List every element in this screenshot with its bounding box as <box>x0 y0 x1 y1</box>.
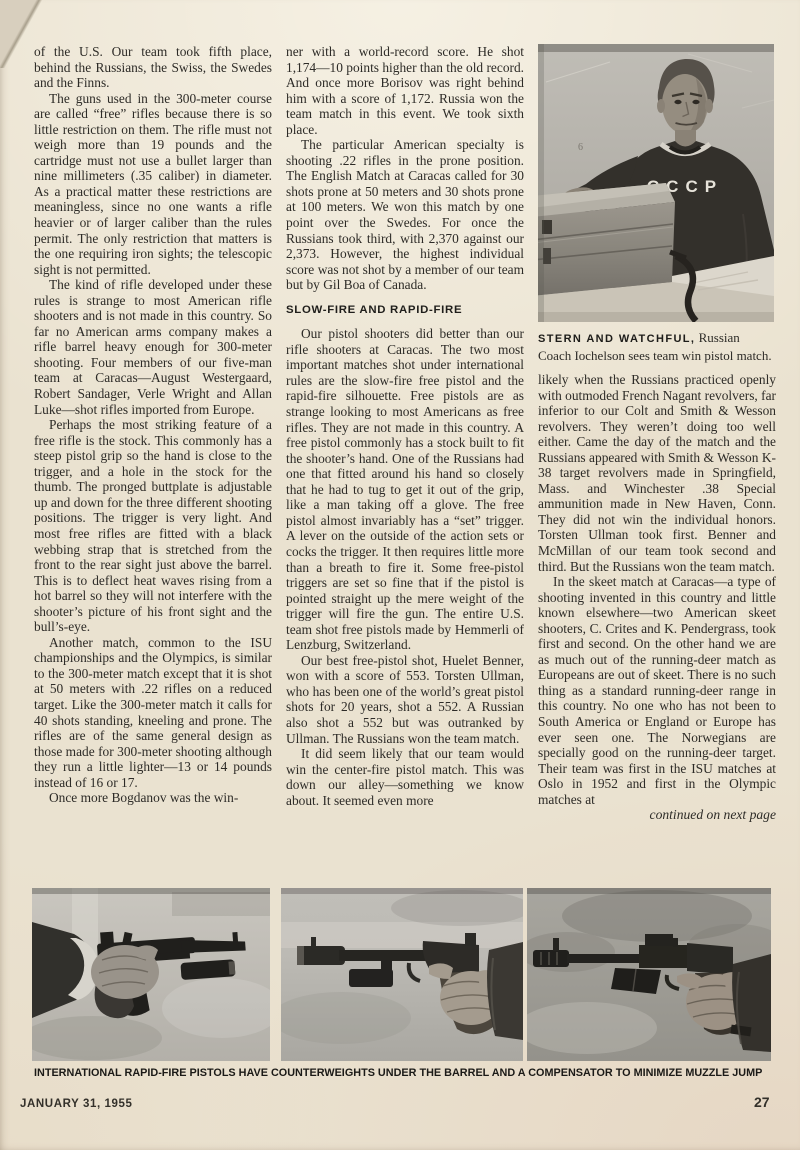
paragraph: Once more Bogdanov was the win- <box>34 790 272 806</box>
paragraph: Another match, common to the ISU champio… <box>34 635 272 790</box>
paragraph: The kind of rifle developed under these … <box>34 277 272 417</box>
wall-mark: 6 <box>578 142 583 153</box>
paragraph: likely when the Russians practiced openl… <box>538 372 776 574</box>
paragraph: Our pistol shooters did better than our … <box>286 326 524 652</box>
coach-photo-caption: STERN AND WATCHFUL, Russian Coach Iochel… <box>538 330 776 364</box>
pistol-left-illustration <box>32 888 270 1061</box>
pistol-photo-center <box>281 888 523 1061</box>
caption-lead: STERN AND WATCHFUL, <box>538 333 695 345</box>
pistol-center-illustration <box>281 888 523 1061</box>
paragraph: The guns used in the 300-meter course ar… <box>34 91 272 278</box>
paragraph: It did seem likely that our team would w… <box>286 746 524 808</box>
pistol-photo-left <box>32 888 270 1061</box>
paragraph: In the skeet match at Caracas—a type of … <box>538 574 776 807</box>
article-column-2: ner with a world-record score. He shot 1… <box>286 44 524 884</box>
footer-date: JANUARY 31, 1955 <box>20 1098 133 1110</box>
bottom-photos-caption: INTERNATIONAL RAPID-FIRE PISTOLS HAVE CO… <box>34 1067 771 1079</box>
paragraph: Perhaps the most striking feature of a f… <box>34 417 272 635</box>
paragraph: ner with a world-record score. He shot 1… <box>286 44 524 137</box>
coach-photo: 6 CCCP <box>538 44 774 322</box>
section-heading: SLOW-FIRE AND RAPID-FIRE <box>286 303 524 319</box>
coach-photo-illustration: 6 CCCP <box>538 44 774 322</box>
page-number: 27 <box>754 1094 770 1110</box>
continued-note: continued on next page <box>538 807 776 823</box>
pistol-photo-right <box>527 888 771 1061</box>
article-column-1: of the U.S. Our team took fifth place, b… <box>34 44 272 884</box>
metal-case <box>538 183 675 296</box>
magazine-page: of the U.S. Our team took fifth place, b… <box>0 0 800 1150</box>
paragraph: The particular American specialty is sho… <box>286 137 524 292</box>
paragraph: of the U.S. Our team took fifth place, b… <box>34 44 272 91</box>
pistol-right-illustration <box>527 888 771 1061</box>
paragraph: Our best free-pistol shot, Huelet Benner… <box>286 653 524 746</box>
article-column-3: likely when the Russians practiced openl… <box>538 372 776 886</box>
